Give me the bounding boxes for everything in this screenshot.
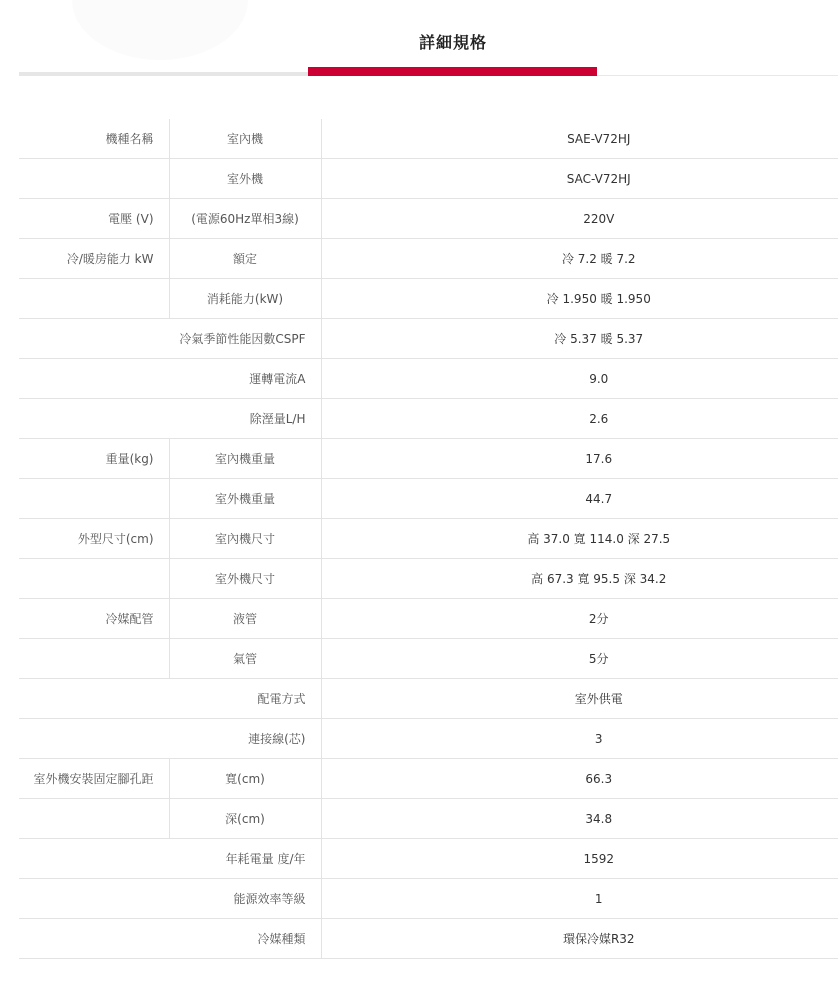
spec-row: 冷/暖房能力 kW額定冷 7.2 暖 7.2 <box>19 239 838 279</box>
spec-label: 室外機尺寸 <box>169 559 321 599</box>
spec-label: 室內機重量 <box>169 439 321 479</box>
spec-row: 室外機SAC-V72HJ <box>19 159 838 199</box>
spec-value: 1592 <box>321 839 838 879</box>
spec-group: 冷/暖房能力 kW <box>19 239 169 279</box>
spec-group <box>19 159 169 199</box>
spec-label: 年耗電量 度/年 <box>19 839 321 879</box>
spec-label: 除溼量L/H <box>19 399 321 439</box>
spec-value: 冷 5.37 暖 5.37 <box>321 319 838 359</box>
spec-row: 能源效率等級1 <box>19 879 838 919</box>
spec-row: 消耗能力(kW)冷 1.950 暖 1.950 <box>19 279 838 319</box>
spec-group: 室外機安裝固定腳孔距 <box>19 759 169 799</box>
spec-group: 冷媒配管 <box>19 599 169 639</box>
spec-value: 2.6 <box>321 399 838 439</box>
spec-label: 配電方式 <box>19 679 321 719</box>
spec-label: 液管 <box>169 599 321 639</box>
spec-group <box>19 279 169 319</box>
spec-label: 室內機尺寸 <box>169 519 321 559</box>
spec-value: 2分 <box>321 599 838 639</box>
spec-group: 外型尺寸(cm) <box>19 519 169 559</box>
spec-label: 連接線(芯) <box>19 719 321 759</box>
spec-value: 66.3 <box>321 759 838 799</box>
section-title: 詳細規格 <box>0 30 838 53</box>
spec-row: 除溼量L/H2.6 <box>19 399 838 439</box>
spec-group <box>19 479 169 519</box>
spec-row: 深(cm)34.8 <box>19 799 838 839</box>
spec-row: 年耗電量 度/年1592 <box>19 839 838 879</box>
spec-row: 外型尺寸(cm)室內機尺寸高 37.0 寬 114.0 深 27.5 <box>19 519 838 559</box>
spec-row: 冷媒種類環保冷媒R32 <box>19 919 838 959</box>
spec-value: 44.7 <box>321 479 838 519</box>
spec-group: 電壓 (V) <box>19 199 169 239</box>
spec-row: 冷氣季節性能因數CSPF冷 5.37 暖 5.37 <box>19 319 838 359</box>
tab-active-indicator <box>308 67 597 76</box>
spec-table: 機種名稱室內機SAE-V72HJ室外機SAC-V72HJ電壓 (V)(電源60H… <box>19 119 838 959</box>
spec-label: 運轉電流A <box>19 359 321 399</box>
spec-label: 消耗能力(kW) <box>169 279 321 319</box>
spec-value: 5分 <box>321 639 838 679</box>
tab-divider <box>597 75 838 76</box>
spec-row: 電壓 (V)(電源60Hz單相3線)220V <box>19 199 838 239</box>
spec-label: 室外機 <box>169 159 321 199</box>
spec-value: 220V <box>321 199 838 239</box>
spec-label: (電源60Hz單相3線) <box>169 199 321 239</box>
tab-track <box>19 72 308 76</box>
spec-group: 機種名稱 <box>19 119 169 159</box>
spec-value: 17.6 <box>321 439 838 479</box>
spec-label: 冷氣季節性能因數CSPF <box>19 319 321 359</box>
spec-value: 冷 1.950 暖 1.950 <box>321 279 838 319</box>
spec-label: 寬(cm) <box>169 759 321 799</box>
spec-label: 冷媒種類 <box>19 919 321 959</box>
spec-value: SAC-V72HJ <box>321 159 838 199</box>
spec-row: 機種名稱室內機SAE-V72HJ <box>19 119 838 159</box>
spec-value: 1 <box>321 879 838 919</box>
spec-group <box>19 559 169 599</box>
spec-row: 冷媒配管液管2分 <box>19 599 838 639</box>
spec-row: 室外機重量44.7 <box>19 479 838 519</box>
spec-row: 重量(kg)室內機重量17.6 <box>19 439 838 479</box>
spec-label: 能源效率等級 <box>19 879 321 919</box>
spec-value: 34.8 <box>321 799 838 839</box>
spec-group: 重量(kg) <box>19 439 169 479</box>
spec-row: 連接線(芯)3 <box>19 719 838 759</box>
spec-value: 高 67.3 寬 95.5 深 34.2 <box>321 559 838 599</box>
spec-label: 額定 <box>169 239 321 279</box>
spec-row: 氣管5分 <box>19 639 838 679</box>
spec-group <box>19 799 169 839</box>
spec-row: 配電方式室外供電 <box>19 679 838 719</box>
spec-label: 深(cm) <box>169 799 321 839</box>
spec-row: 室外機尺寸高 67.3 寬 95.5 深 34.2 <box>19 559 838 599</box>
spec-value: 高 37.0 寬 114.0 深 27.5 <box>321 519 838 559</box>
spec-label: 室外機重量 <box>169 479 321 519</box>
spec-label: 氣管 <box>169 639 321 679</box>
spec-value: 9.0 <box>321 359 838 399</box>
spec-value: SAE-V72HJ <box>321 119 838 159</box>
spec-label: 室內機 <box>169 119 321 159</box>
section-tab-indicator <box>19 67 838 77</box>
spec-value: 3 <box>321 719 838 759</box>
spec-value: 室外供電 <box>321 679 838 719</box>
spec-row: 室外機安裝固定腳孔距寬(cm)66.3 <box>19 759 838 799</box>
spec-value: 環保冷媒R32 <box>321 919 838 959</box>
spec-group <box>19 639 169 679</box>
spec-value: 冷 7.2 暖 7.2 <box>321 239 838 279</box>
spec-row: 運轉電流A9.0 <box>19 359 838 399</box>
